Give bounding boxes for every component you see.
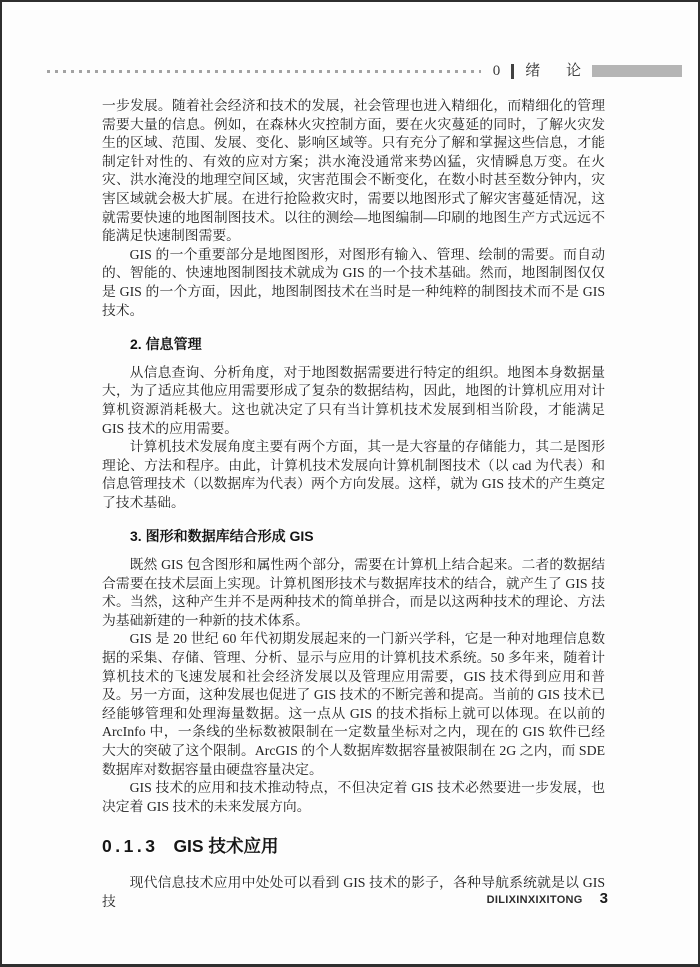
section-title: GIS 技术应用 [173,837,278,856]
paragraph: 从信息查询、分析角度，对于地图数据需要进行特定的组织。地图本身数据量大，为了适应… [102,364,605,438]
subsection-heading-info-management: 2. 信息管理 [102,335,605,354]
subsection-heading-graphics-database-gis: 3. 图形和数据库结合形成 GIS [102,527,605,546]
running-title: DILIXINXIXITONG [487,894,583,906]
dotted-rule [47,70,481,73]
chapter-header: 0 绪 论 [47,62,682,80]
section-heading-gis-applications: 0.1.3 GIS 技术应用 [102,837,605,856]
paragraph: 计算机技术发展角度主要有两个方面，其一是大容量的存储能力，其二是图形理论、方法和… [102,438,605,512]
page-number: 3 [600,890,608,907]
header-gray-bar [592,65,682,77]
page-body: 一步发展。随着社会经济和技术的发展，社会管理也进入精细化，而精细化的管理需要大量… [102,97,605,911]
chapter-title: 绪 论 [525,64,592,79]
paragraph: GIS 的一个重要部分是地图图形，对图形有输入、管理、绘制的需要。而自动的、智能… [102,246,605,320]
paragraph: GIS 是 20 世纪 60 年代初期发展起来的一门新兴学科，它是一种对地理信息… [102,630,605,779]
section-number: 0.1.3 [102,837,158,856]
book-page: 0 绪 论 一步发展。随着社会经济和技术的发展，社会管理也进入精细化，而精细化的… [0,0,700,967]
page-footer: DILIXINXIXITONG 3 [487,890,608,907]
paragraph-continued: 一步发展。随着社会经济和技术的发展，社会管理也进入精细化，而精细化的管理需要大量… [102,97,605,246]
paragraph: GIS 技术的应用和技术推动特点，不但决定着 GIS 技术必然要进一步发展，也决… [102,779,605,816]
paragraph: 既然 GIS 包含图形和属性两个部分，需要在计算机上结合起来。二者的数据结合需要… [102,556,605,630]
chapter-number: 0 [493,64,501,79]
chapter-separator-bar [511,64,514,79]
